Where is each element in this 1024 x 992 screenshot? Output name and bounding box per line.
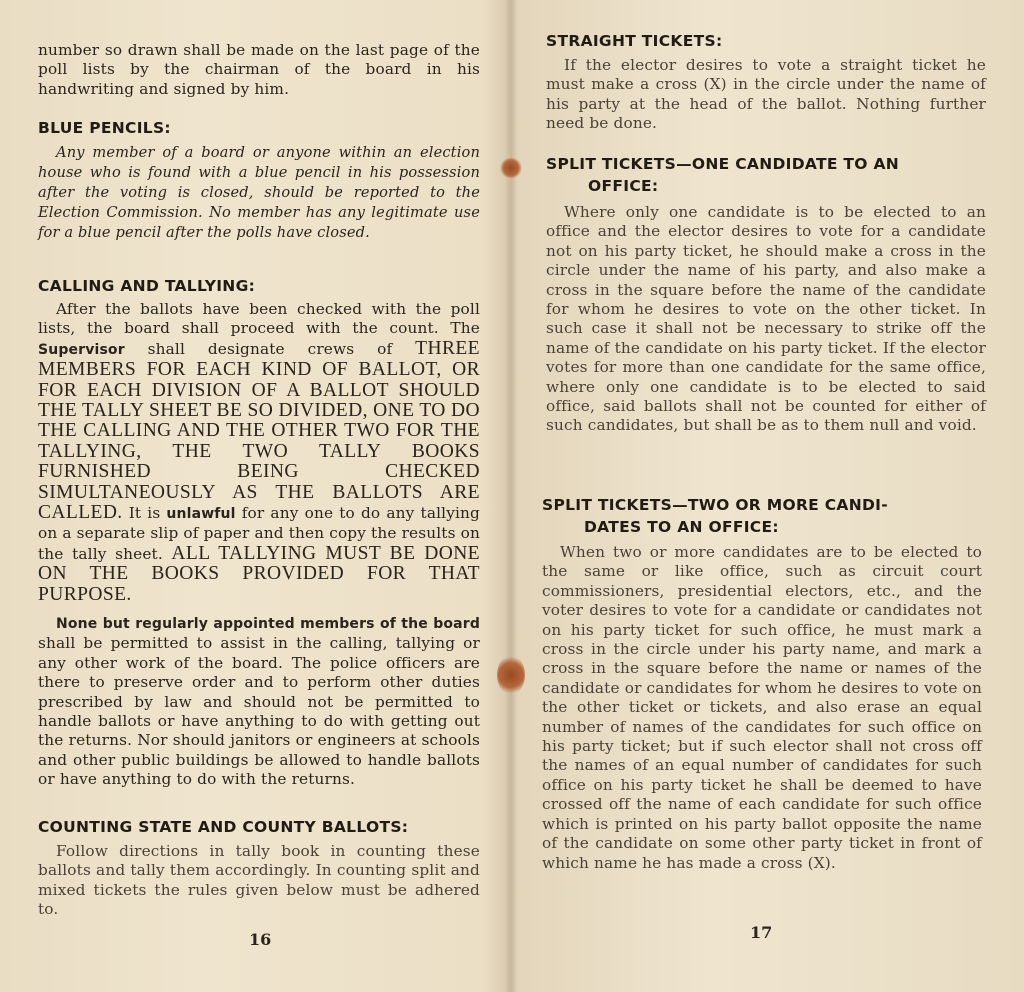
page-16: number so drawn shall be made on the las…	[38, 0, 480, 992]
split-two-paragraph: When two or more candidates are to be el…	[542, 543, 982, 873]
heading-straight-tickets: STRAIGHT TICKETS:	[546, 30, 722, 52]
text-run: shall designate crews of	[125, 340, 415, 358]
heading-line: OFFICE:	[546, 175, 899, 197]
heading-line: DATES TO AN OFFICE:	[542, 516, 888, 538]
bold-term-unlawful: unlawful	[166, 506, 235, 522]
heading-line: SPLIT TICKETS—TWO OR MORE CANDI-	[542, 496, 888, 514]
heading-line: SPLIT TICKETS—ONE CANDIDATE TO AN	[546, 155, 899, 173]
stain-mark	[500, 158, 522, 178]
page-number: 16	[249, 930, 271, 949]
heading-counting: COUNTING STATE AND COUNTY BALLOTS:	[38, 816, 408, 838]
split-one-paragraph: Where only one candidate is to be electe…	[546, 203, 986, 436]
intro-paragraph: number so drawn shall be made on the las…	[38, 41, 480, 99]
booklet-spread: number so drawn shall be made on the las…	[0, 0, 1024, 992]
heading-blue-pencils: BLUE PENCILS:	[38, 117, 171, 139]
bold-term-members: None but regularly appointed members of …	[56, 616, 480, 632]
text-run: It is	[123, 504, 167, 522]
counting-paragraph: Follow directions in tally book in count…	[38, 842, 480, 920]
heading-split-two: SPLIT TICKETS—TWO OR MORE CANDI-DATES TO…	[542, 494, 888, 538]
page-number: 17	[750, 923, 772, 942]
bold-term-supervisor: Supervisor	[38, 342, 125, 358]
members-paragraph: None but regularly appointed members of …	[38, 614, 480, 790]
straight-tickets-paragraph: If the elector desires to vote a straigh…	[546, 56, 986, 134]
blue-pencils-paragraph: Any member of a board or anyone within a…	[38, 143, 480, 243]
heading-split-one: SPLIT TICKETS—ONE CANDIDATE TO ANOFFICE:	[546, 153, 899, 197]
book-gutter	[505, 0, 517, 992]
caps-rule: THREE MEMBERS FOR EACH KIND OF BALLOT, O…	[38, 338, 480, 523]
heading-calling-tallying: CALLING AND TALLYING:	[38, 275, 255, 297]
text-run: shall be permitted to assist in the call…	[38, 634, 480, 788]
calling-tallying-paragraph: After the ballots have been checked with…	[38, 300, 480, 605]
page-17: STRAIGHT TICKETS: If the elector desires…	[542, 0, 986, 992]
stain-mark	[497, 655, 525, 695]
text-run: After the ballots have been checked with…	[38, 300, 480, 337]
